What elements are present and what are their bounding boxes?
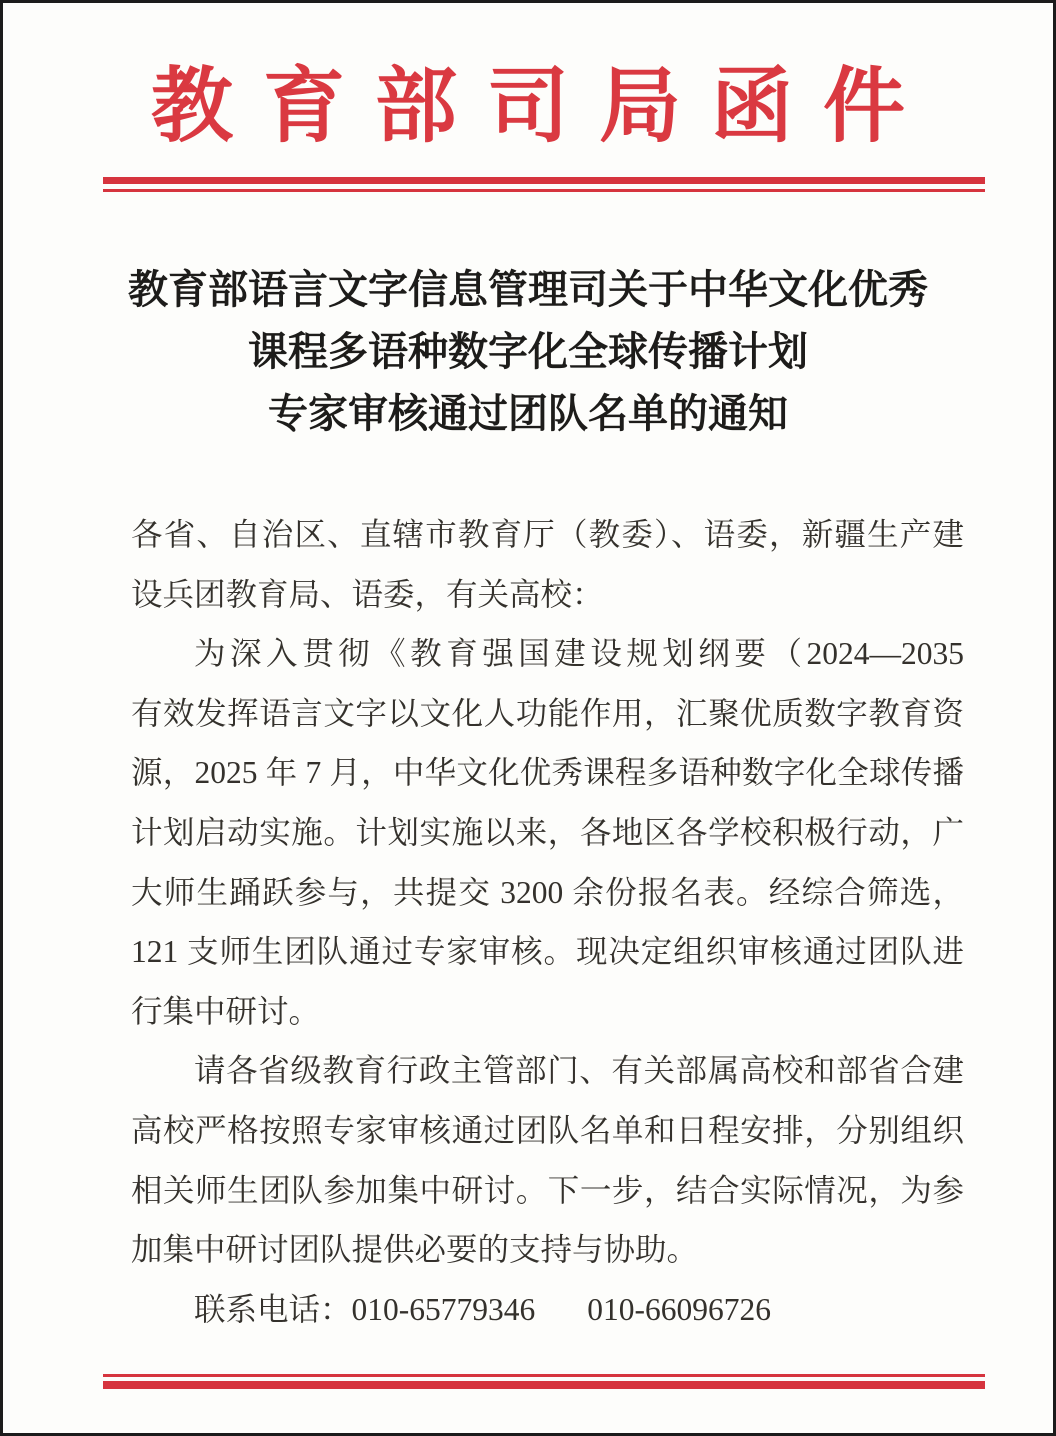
body-line-8: 121 支师生团队通过专家审核。现决定组织审核通过团队进 <box>131 922 964 982</box>
bottom-rule-thick <box>103 1381 985 1389</box>
body-line-7: 大师生踊跃参与，共提交 3200 余份报名表。经综合筛选， <box>131 863 964 923</box>
doc-title-line-2: 课程多语种数字化全球传播计划 <box>3 321 1053 383</box>
body-line-9: 行集中研讨。 <box>131 982 964 1042</box>
doc-title-line-3: 专家审核通过团队名单的通知 <box>3 383 1053 445</box>
document-page: 教育部司局函件 教育部语言文字信息管理司关于中华文化优秀 课程多语种数字化全球传… <box>0 0 1056 1436</box>
body-line-13: 加集中研讨团队提供必要的支持与协助。 <box>131 1220 964 1280</box>
contact-label: 联系电话： <box>194 1292 352 1327</box>
letterhead-title: 教育部司局函件 <box>3 59 1053 156</box>
body-line-3: 为深入贯彻《教育强国建设规划纲要（2024—2035 年）》， <box>131 624 964 684</box>
body-line-10: 请各省级教育行政主管部门、有关部属高校和部省合建 <box>131 1041 964 1101</box>
phone-number-2: 010-66096726 <box>587 1292 771 1327</box>
body-line-6: 计划启动实施。计划实施以来，各地区各学校积极行动，广 <box>131 803 964 863</box>
body-line-11: 高校严格按照专家审核通过团队名单和日程安排，分别组织 <box>131 1101 964 1161</box>
contact-line: 联系电话：010-65779346010-66096726 <box>131 1280 964 1340</box>
body-line-1: 各省、自治区、直辖市教育厅（教委）、语委，新疆生产建 <box>131 505 964 565</box>
bottom-rule-thin <box>103 1374 985 1377</box>
top-rule-thick <box>103 177 985 184</box>
top-double-rule <box>103 177 985 192</box>
phone-number-1: 010-65779346 <box>352 1292 536 1327</box>
body-line-2: 设兵团教育局、语委，有关高校： <box>131 565 964 625</box>
doc-title-line-1: 教育部语言文字信息管理司关于中华文化优秀 <box>3 259 1053 321</box>
letter-body: 各省、自治区、直辖市教育厅（教委）、语委，新疆生产建 设兵团教育局、语委，有关高… <box>131 505 964 1339</box>
bottom-double-rule <box>103 1374 985 1389</box>
document-title: 教育部语言文字信息管理司关于中华文化优秀 课程多语种数字化全球传播计划 专家审核… <box>3 259 1053 445</box>
body-line-5: 源，2025 年 7 月，中华文化优秀课程多语种数字化全球传播 <box>131 743 964 803</box>
top-rule-thin <box>103 189 985 192</box>
body-line-12: 相关师生团队参加集中研讨。下一步，结合实际情况，为参 <box>131 1161 964 1221</box>
body-line-4: 有效发挥语言文字以文化人功能作用，汇聚优质数字教育资 <box>131 684 964 744</box>
